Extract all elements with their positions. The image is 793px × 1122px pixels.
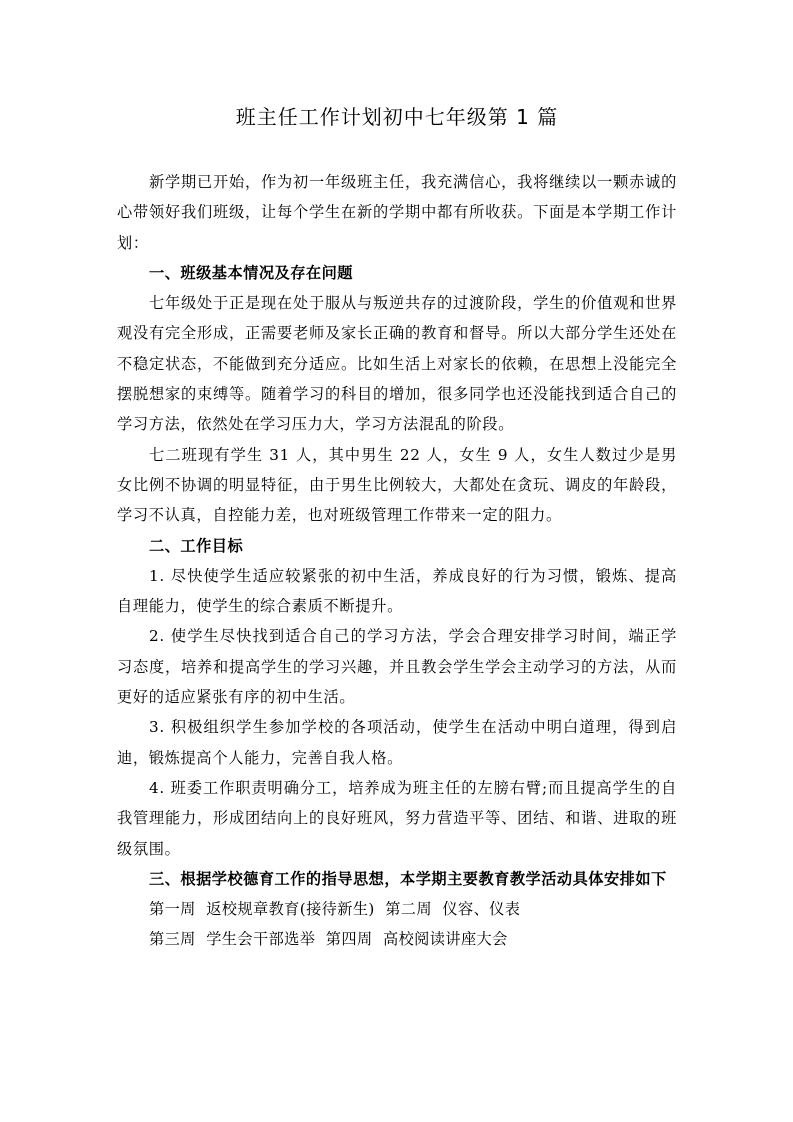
intro-paragraph: 新学期已开始，作为初一年级班主任，我充满信心，我将继续以一颗赤诚的心带领好我们班… (117, 167, 677, 258)
document-title: 班主任工作计划初中七年级第 1 篇 (117, 100, 677, 134)
schedule-line: 第三周 学生会干部选举 第四周 高校阅读讲座大会 (117, 924, 677, 954)
section-class-situation: 一、班级基本情况及存在问题 七年级处于正是现在处于服从与叛逆共存的过渡阶段，学生… (117, 258, 677, 531)
goal-item: 1. 尽快使学生适应较紧张的初中生活，养成良好的行为习惯，锻炼、提高自理能力，使… (117, 561, 677, 622)
section-paragraph: 七二班现有学生 31 人，其中男生 22 人，女生 9 人，女生人数过少是男女比… (117, 440, 677, 531)
section-heading: 二、工作目标 (117, 531, 677, 561)
schedule-line: 第一周 返校规章教育(接待新生) 第二周 仪容、仪表 (117, 894, 677, 924)
goal-item: 2. 使学生尽快找到适合自己的学习方法，学会合理安排学习时间，端正学习态度，培养… (117, 621, 677, 712)
section-paragraph: 七年级处于正是现在处于服从与叛逆共存的过渡阶段，学生的价值观和世界观没有完全形成… (117, 288, 677, 439)
goal-item: 3. 积极组织学生参加学校的各项活动，使学生在活动中明白道理，得到启迪，锻炼提高… (117, 712, 677, 773)
section-heading: 一、班级基本情况及存在问题 (117, 258, 677, 288)
section-activity-schedule: 三、根据学校德育工作的指导思想，本学期主要教育教学活动具体安排如下 第一周 返校… (117, 864, 677, 955)
section-work-goals: 二、工作目标 1. 尽快使学生适应较紧张的初中生活，养成良好的行为习惯，锻炼、提… (117, 531, 677, 864)
goal-item: 4. 班委工作职责明确分工，培养成为班主任的左膀右臂;而且提高学生的自我管理能力… (117, 773, 677, 864)
document-page: 班主任工作计划初中七年级第 1 篇 新学期已开始，作为初一年级班主任，我充满信心… (117, 100, 677, 955)
document-body: 新学期已开始，作为初一年级班主任，我充满信心，我将继续以一颗赤诚的心带领好我们班… (117, 167, 677, 955)
section-heading: 三、根据学校德育工作的指导思想，本学期主要教育教学活动具体安排如下 (117, 864, 677, 894)
